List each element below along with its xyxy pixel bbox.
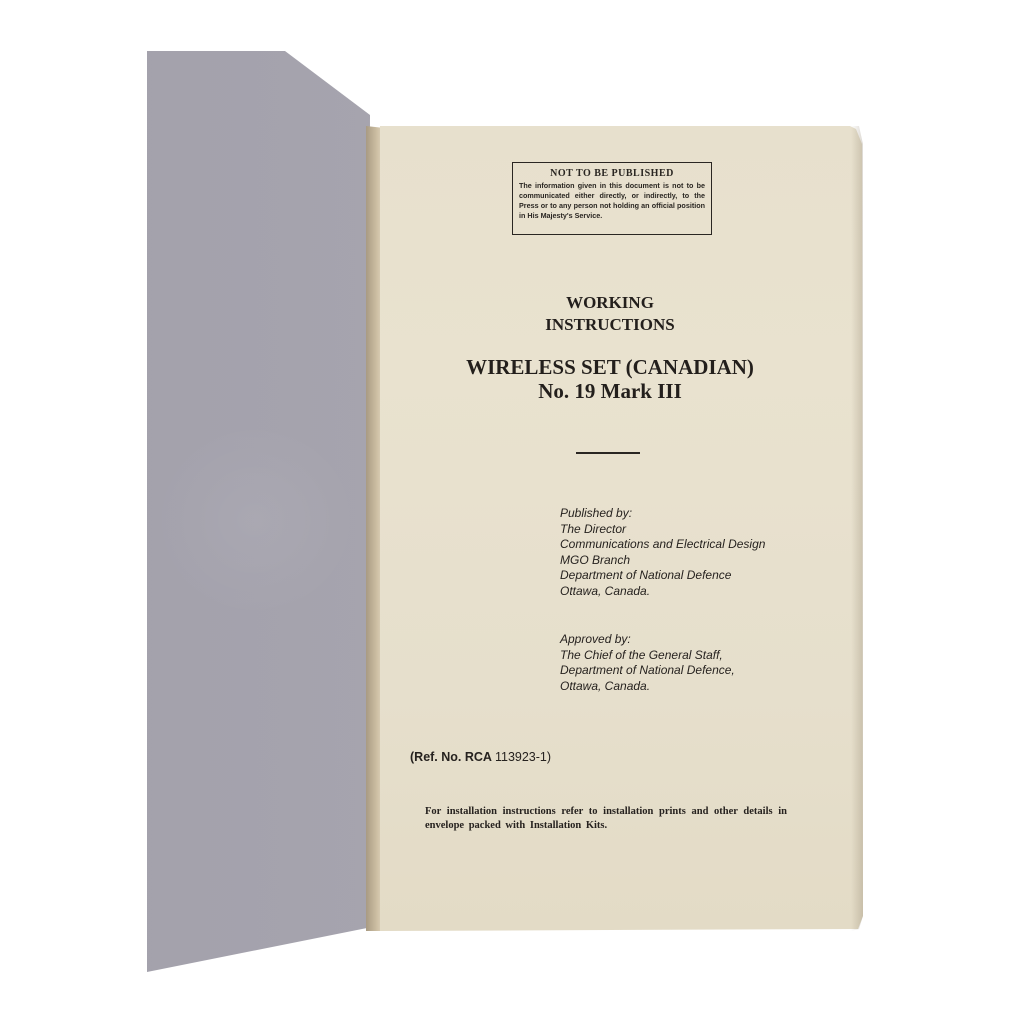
not-to-be-published-notice: NOT TO BE PUBLISHED The information give…: [512, 162, 712, 235]
notice-body: The information given in this document i…: [519, 181, 705, 221]
title-line-1: WIRELESS SET (CANADIAN): [420, 355, 800, 379]
cover-crease: [150, 420, 360, 620]
published-by-line: Department of National Defence: [560, 568, 765, 584]
published-by-heading: Published by:: [560, 506, 765, 522]
divider-rule: [576, 452, 640, 454]
installation-note: For installation instructions refer to i…: [425, 805, 787, 833]
reference-prefix: (Ref. No. RCA: [410, 750, 491, 764]
published-by-line: Ottawa, Canada.: [560, 584, 765, 600]
title-line-2: No. 19 Mark III: [420, 379, 800, 403]
heading-line-2: INSTRUCTIONS: [420, 314, 800, 336]
notice-title: NOT TO BE PUBLISHED: [519, 168, 705, 179]
approved-by-block: Approved by: The Chief of the General St…: [560, 632, 735, 694]
approved-by-heading: Approved by:: [560, 632, 735, 648]
published-by-line: MGO Branch: [560, 553, 765, 569]
published-by-line: Communications and Electrical Design: [560, 537, 765, 553]
approved-by-line: Department of National Defence,: [560, 663, 735, 679]
document-heading: WORKING INSTRUCTIONS: [420, 292, 800, 336]
reference-code: 113923-1): [495, 750, 551, 764]
published-by-block: Published by: The Director Communication…: [560, 506, 765, 599]
approved-by-line: The Chief of the General Staff,: [560, 648, 735, 664]
published-by-line: The Director: [560, 522, 765, 538]
reference-number: (Ref. No. RCA 113923-1): [410, 750, 551, 764]
document-title: WIRELESS SET (CANADIAN) No. 19 Mark III: [420, 355, 800, 403]
page-edge-shadow: [851, 126, 863, 931]
heading-line-1: WORKING: [420, 292, 800, 314]
approved-by-line: Ottawa, Canada.: [560, 679, 735, 695]
